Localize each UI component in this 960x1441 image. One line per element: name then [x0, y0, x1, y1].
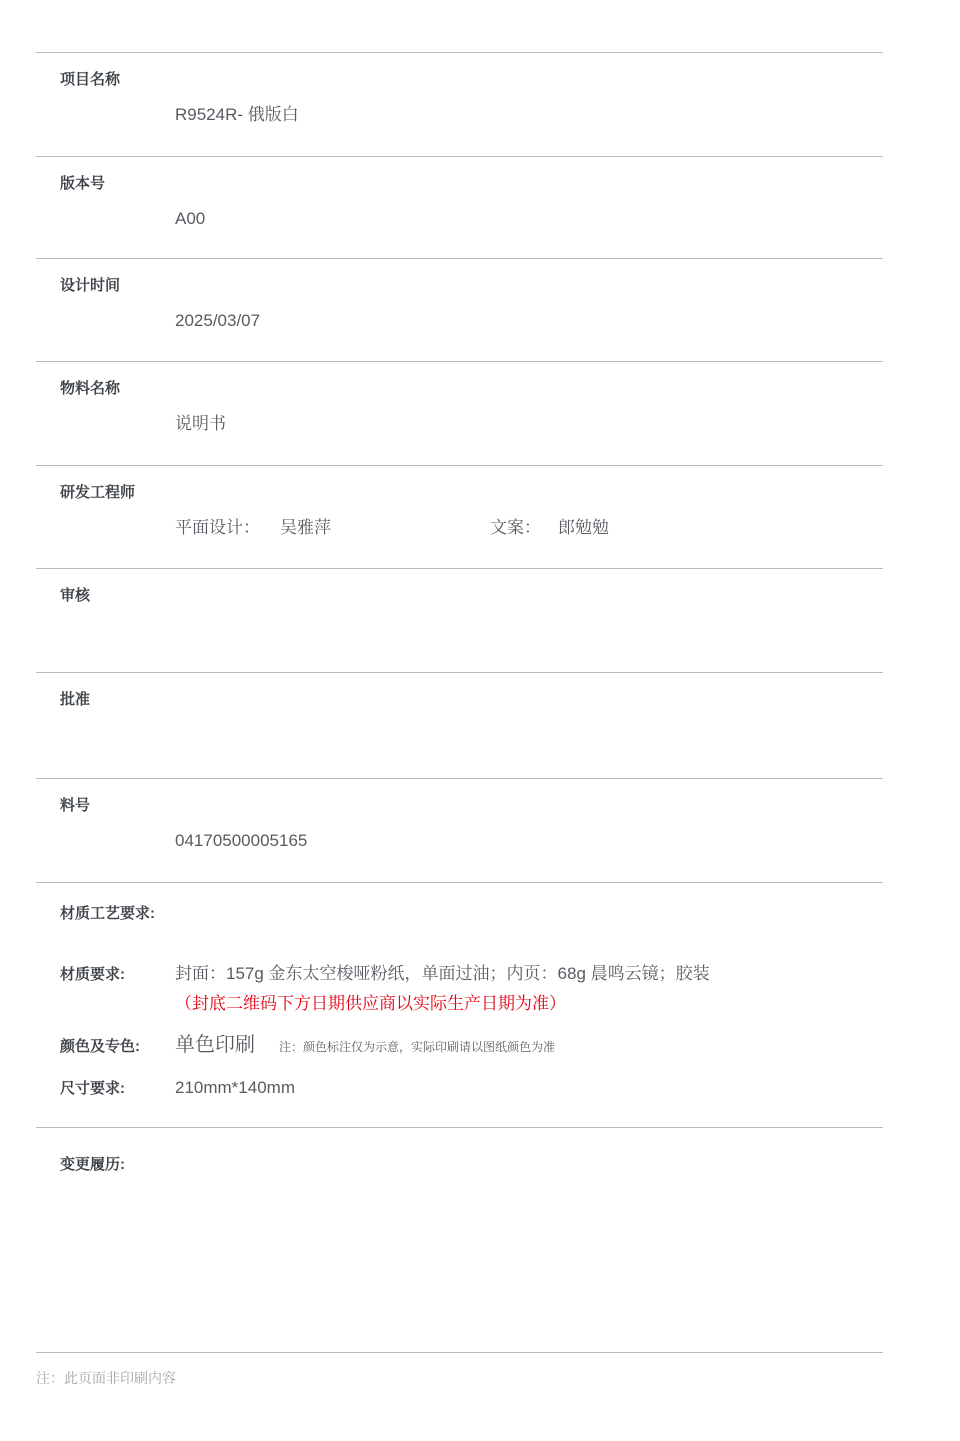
material-spec-text: 封面：157g 金东太空梭哑粉纸，单面过油；内页：68g 晨鸣云镜；胶装 [175, 962, 710, 986]
field-label: 设计时间 [60, 278, 883, 294]
field-section-approval: 批准 [36, 672, 883, 778]
color-spec-row: 颜色及专色: 单色印刷 注：颜色标注仅为示意，实际印刷请以图纸颜色为准 [60, 1033, 883, 1057]
size-requirement-label: 尺寸要求: [60, 1079, 175, 1099]
material-requirement-label: 材质要求: [60, 965, 175, 985]
field-section-review: 审核 [36, 568, 883, 672]
field-label: 研发工程师 [60, 485, 883, 501]
field-value: 04170500005165 [175, 830, 883, 851]
field-section-project-name: 项目名称 R9524R- 俄版白 [36, 52, 883, 156]
field-section-part-number: 料号 04170500005165 [36, 778, 883, 882]
graphic-design-value: 吴雅萍 [280, 517, 331, 538]
field-label: 物料名称 [60, 381, 883, 397]
change-history-heading: 变更履历: [60, 1157, 883, 1173]
field-label: 版本号 [60, 176, 883, 192]
spec-sheet: 项目名称 R9524R- 俄版白 版本号 A00 设计时间 2025/03/07… [36, 52, 883, 1353]
field-value: A00 [175, 208, 883, 229]
field-label: 料号 [60, 798, 883, 814]
material-requirement-value: 封面：157g 金东太空梭哑粉纸，单面过油；内页：68g 晨鸣云镜；胶装 （封底… [175, 962, 710, 1016]
field-label: 批准 [60, 692, 883, 708]
graphic-design-label: 平面设计： [175, 517, 280, 538]
material-process-section: 材质工艺要求: 材质要求: 封面：157g 金东太空梭哑粉纸，单面过油；内页：6… [36, 882, 883, 1127]
color-disclaimer-note: 注：颜色标注仅为示意，实际印刷请以图纸颜色为准 [279, 1038, 555, 1055]
spec-sheet-page: 项目名称 R9524R- 俄版白 版本号 A00 设计时间 2025/03/07… [0, 0, 960, 1441]
color-spec-value: 单色印刷 [175, 1033, 255, 1057]
page-footnote: 注：此页面非印刷内容 [36, 1369, 176, 1387]
field-section-rd-engineer: 研发工程师 平面设计： 吴雅萍 文案： 郎勉勉 [36, 465, 883, 568]
field-value: R9524R- 俄版白 [175, 104, 883, 125]
change-history-section: 变更履历: [36, 1127, 883, 1353]
field-value: 2025/03/07 [175, 310, 883, 331]
engineer-row: 平面设计： 吴雅萍 文案： 郎勉勉 [175, 517, 883, 538]
size-requirement-value: 210mm*140mm [175, 1077, 295, 1099]
material-process-heading: 材质工艺要求: [60, 906, 883, 922]
copywriter-value: 郎勉勉 [558, 517, 609, 538]
field-section-material-name: 物料名称 说明书 [36, 361, 883, 465]
size-requirement-row: 尺寸要求: 210mm*140mm [60, 1077, 883, 1099]
date-disclaimer-red-note: （封底二维码下方日期供应商以实际生产日期为准） [175, 992, 710, 1016]
color-spec-label: 颜色及专色: [60, 1037, 175, 1057]
field-value: 说明书 [175, 413, 883, 434]
field-section-design-date: 设计时间 2025/03/07 [36, 258, 883, 361]
field-section-version: 版本号 A00 [36, 156, 883, 258]
field-label: 审核 [60, 588, 883, 604]
field-label: 项目名称 [60, 72, 883, 88]
material-requirement-row: 材质要求: 封面：157g 金东太空梭哑粉纸，单面过油；内页：68g 晨鸣云镜；… [60, 962, 883, 1016]
copywriter-label: 文案： [490, 517, 558, 538]
